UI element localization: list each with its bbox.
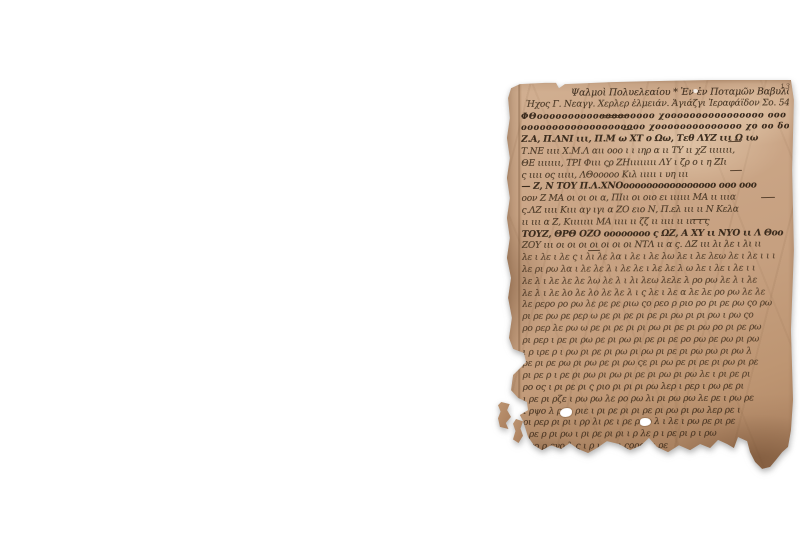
- ink-underline-mark: [588, 250, 600, 251]
- torn-paper-fragment: [498, 402, 511, 429]
- aged-paper-sheet: 13 Ψαλμοὶ Πολυελεαίου * Ἐν ἐν Ποταμῶν Βα…: [504, 78, 798, 486]
- handwritten-line: ρι ρερ ι ρε ρι ρω ρε ρι ρω ρι ρε ρι ρε ρ…: [522, 334, 790, 347]
- viewer-canvas: 13 Ψαλμοὶ Πολυελεαίου * Ἐν ἐν Ποταμῶν Βα…: [0, 0, 800, 549]
- handwritten-line: Ἦχος Γ. Νεαγγ. Χερλερ ἐλμειάν. Ἁγιάζγι Ἱ…: [521, 98, 789, 111]
- manuscript-text: Ψαλμοὶ Πολυελεαίου * Ἐν ἐν Ποταμῶν Βαβυλ…: [521, 86, 791, 487]
- handwritten-line: ι ρε ρι ρζε ι ρω ρω λε ρο ρω λι ρι ρω ρω…: [523, 393, 791, 406]
- ink-underline-mark: [623, 129, 633, 130]
- handwritten-line: ι ςο ρ ςγο λ ς ι ρ ι ρ ς ι ςορς λι ρε: [523, 440, 791, 453]
- ink-underline-mark: [730, 170, 742, 171]
- manuscript-page: 13 Ψαλμοὶ Πολυελεαίου * Ἐν ἐν Ποταμῶν Βα…: [504, 78, 798, 486]
- handwritten-line: Ζ.Α, Π.ΛΝΙ ιιι, Π.Μ ω ΧΤ ο Ωω, Τεθ ΛΫΖ ι…: [521, 133, 789, 146]
- paper-hole: [693, 89, 698, 93]
- handwritten-line: — Ζ, Ν ΤΟΥ Π.Λ.ΧΝΟοοοοοοοοοοοοοοοο οοο ο…: [521, 181, 789, 194]
- handwritten-line: λε λ ι λε λε λε λω λε λ ι λι λεω λελε λ …: [522, 275, 790, 288]
- ink-underline-mark: [601, 115, 628, 116]
- paper-hole: [560, 408, 572, 417]
- torn-paper-fragment: [513, 419, 523, 443]
